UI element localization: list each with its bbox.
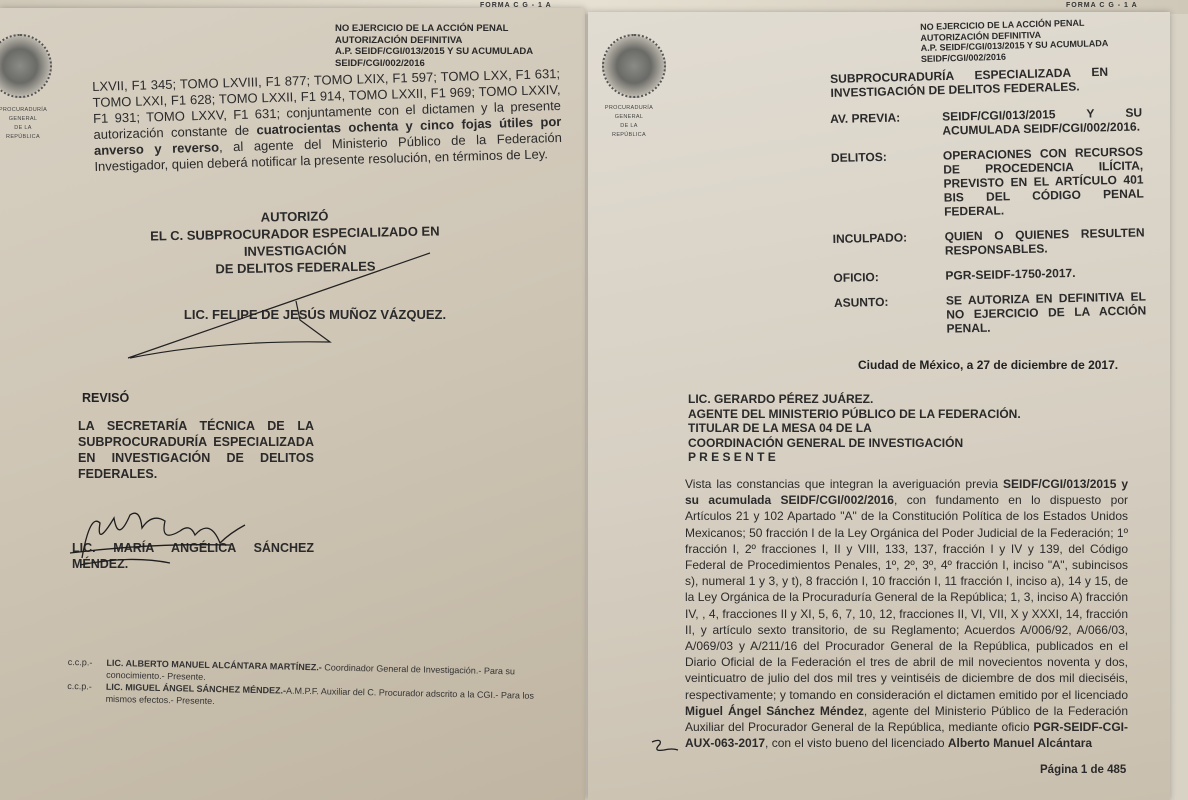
seal-label: PROCURADURÍA GENERAL DE LA REPÚBLICA <box>594 104 664 140</box>
reviewed-heading: REVISÓ <box>82 391 129 405</box>
document-page-right: FORMA C G - 1 A PROCURADURÍA GENERAL DE … <box>588 12 1170 800</box>
case-fields: AV. PREVIA: SEIDF/CGI/013/2015 Y SU ACUM… <box>830 105 1147 337</box>
body-bold: Alberto Manuel Alcántara <box>948 736 1092 750</box>
body-text: Vista las constancias que integran la av… <box>685 477 1003 491</box>
addressee-block: LIC. GERARDO PÉREZ JUÁREZ. AGENTE DEL MI… <box>688 392 1021 465</box>
seal-label-line: DE LA <box>594 122 664 131</box>
addressee-line: AGENTE DEL MINISTERIO PÚBLICO DE LA FEDE… <box>688 407 1021 422</box>
place-date: Ciudad de México, a 27 de diciembre de 2… <box>858 358 1118 372</box>
carbon-copy-list: c.c.p.- LIC. ALBERTO MANUEL ALCÁNTARA MA… <box>67 656 558 714</box>
form-code: FORMA C G - 1 A <box>1066 2 1138 9</box>
field-value: SEIDF/CGI/013/2015 Y SU ACUMULADA SEIDF/… <box>942 105 1143 137</box>
addressee-line: P R E S E N T E <box>688 450 1021 465</box>
body-bold: Miguel Ángel Sánchez Méndez <box>685 704 864 718</box>
field-label: AV. PREVIA: <box>830 110 943 140</box>
reviewed-body: LA SECRETARÍA TÉCNICA DE LA SUBPROCURADU… <box>78 418 314 482</box>
addressee-line: COORDINACIÓN GENERAL DE INVESTIGACIÓN <box>688 436 1021 451</box>
page-number: Página 1 de 485 <box>1040 764 1126 776</box>
case-header: NO EJERCICIO DE LA ACCIÓN PENAL AUTORIZA… <box>920 17 1109 64</box>
field-label: DELITOS: <box>831 149 944 221</box>
field-label: OFICIO: <box>833 269 945 285</box>
seal-block: PROCURADURÍA GENERAL DE LA REPÚBLICA <box>602 34 666 140</box>
body-text: , con fundamento en lo dispuesto por Art… <box>685 493 1128 701</box>
addressee-line: LIC. GERARDO PÉREZ JUÁREZ. <box>688 392 1021 407</box>
field-value: SE AUTORIZA EN DEFINITIVA EL NO EJERCICI… <box>946 289 1147 335</box>
field-label: ASUNTO: <box>834 294 947 338</box>
ccp-prefix: c.c.p.- <box>67 656 92 681</box>
handwritten-signature <box>70 503 270 573</box>
seal-label-line: REPÚBLICA <box>594 131 664 140</box>
field-label: INCULPADO: <box>833 230 946 260</box>
field-value: OPERACIONES CON RECURSOS DE PROCEDENCIA … <box>943 144 1144 218</box>
seal-label-line: PROCURADURÍA GENERAL <box>594 104 664 122</box>
initials-mark <box>648 734 688 764</box>
field-value: PGR-SEIDF-1750-2017. <box>945 264 1145 282</box>
field-row-oficio: OFICIO: PGR-SEIDF-1750-2017. <box>833 264 1145 285</box>
resolution-body: Vista las constancias que integran la av… <box>685 476 1128 751</box>
mexican-coat-of-arms-seal-icon <box>602 34 666 98</box>
department-title: SUBPROCURADURÍA ESPECIALIZADA EN INVESTI… <box>830 65 1109 100</box>
field-row-asunto: ASUNTO: SE AUTORIZA EN DEFINITIVA EL NO … <box>834 289 1147 338</box>
document-page-left: FORMA C G - 1 A PROCURADURÍA GENERAL DE … <box>0 8 585 800</box>
addressee-line: TITULAR DE LA MESA 04 DE LA <box>688 421 1021 436</box>
field-row-inculpado: INCULPADO: QUIEN O QUIENES RESULTEN RESP… <box>833 225 1146 260</box>
body-text: , con el visto bueno del licenciado <box>765 736 948 750</box>
ccp-prefix: c.c.p.- <box>67 680 92 705</box>
field-row-delitos: DELITOS: OPERACIONES CON RECURSOS DE PRO… <box>831 144 1144 221</box>
field-row-av-previa: AV. PREVIA: SEIDF/CGI/013/2015 Y SU ACUM… <box>830 105 1143 140</box>
field-value: QUIEN O QUIENES RESULTEN RESPONSABLES. <box>944 225 1145 257</box>
